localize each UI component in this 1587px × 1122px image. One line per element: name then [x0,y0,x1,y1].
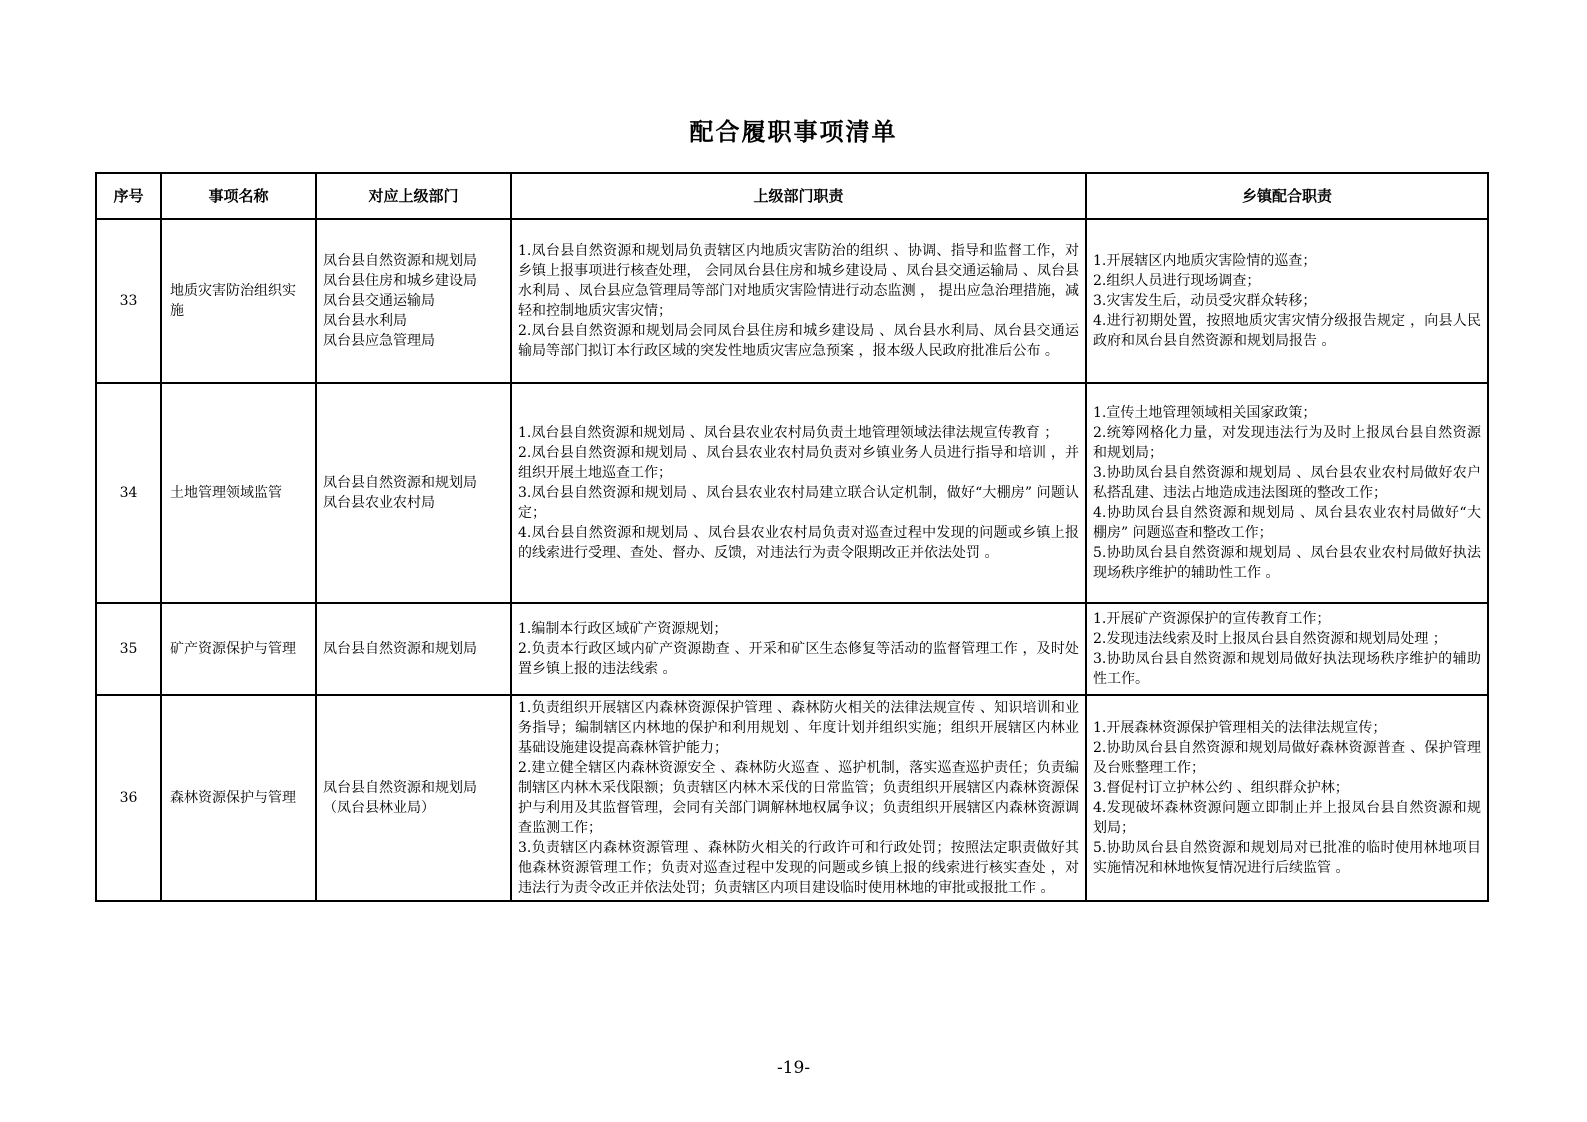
cell-seq: 36 [96,695,161,901]
cell-superior-duties: 1.凤台县自然资源和规划局负责辖区内地质灾害防治的组织 、协调、指导和监督工作，… [511,219,1086,383]
table-row: 35 矿产资源保护与管理 凤台县自然资源和规划局 1.编制本行政区域矿产资源规划… [96,603,1488,695]
document-page: 配合履职事项清单 序号 事项名称 对应上级部门 上级部门职责 乡镇配合职责 33… [0,0,1587,1122]
header-township-duties: 乡镇配合职责 [1086,173,1488,219]
cell-superior-department: 凤台县自然资源和规划局 凤台县农业农村局 [316,383,511,603]
cell-township-duties: 1.开展辖区内地质灾害险情的巡查； 2.组织人员进行现场调查； 3.灾害发生后，… [1086,219,1488,383]
cell-superior-department: 凤台县自然资源和规划局 （凤台县林业局） [316,695,511,901]
cell-superior-department: 凤台县自然资源和规划局 [316,603,511,695]
cell-item-name: 地质灾害防治组织实施 [161,219,316,383]
cell-seq: 35 [96,603,161,695]
cell-township-duties: 1.宣传土地管理领域相关国家政策； 2.统筹网格化力量，对发现违法行为及时上报凤… [1086,383,1488,603]
cell-township-duties: 1.开展森林资源保护管理相关的法律法规宣传； 2.协助凤台县自然资源和规划局做好… [1086,695,1488,901]
header-superior-department: 对应上级部门 [316,173,511,219]
cell-seq: 34 [96,383,161,603]
cell-item-name: 土地管理领域监管 [161,383,316,603]
table-header-row: 序号 事项名称 对应上级部门 上级部门职责 乡镇配合职责 [96,173,1488,219]
table-row: 34 土地管理领域监管 凤台县自然资源和规划局 凤台县农业农村局 1.凤台县自然… [96,383,1488,603]
cell-item-name: 森林资源保护与管理 [161,695,316,901]
page-number: -19- [0,1058,1587,1078]
cell-superior-duties: 1.负责组织开展辖区内森林资源保护管理 、森林防火相关的法律法规宣传 、知识培训… [511,695,1086,901]
cell-superior-duties: 1.凤台县自然资源和规划局 、凤台县农业农村局负责土地管理领域法律法规宣传教育 … [511,383,1086,603]
cell-item-name: 矿产资源保护与管理 [161,603,316,695]
table-row: 33 地质灾害防治组织实施 凤台县自然资源和规划局 凤台县住房和城乡建设局 凤台… [96,219,1488,383]
duty-table: 序号 事项名称 对应上级部门 上级部门职责 乡镇配合职责 33 地质灾害防治组织… [95,172,1489,902]
table-row: 36 森林资源保护与管理 凤台县自然资源和规划局 （凤台县林业局） 1.负责组织… [96,695,1488,901]
cell-seq: 33 [96,219,161,383]
cell-township-duties: 1.开展矿产资源保护的宣传教育工作； 2.发现违法线索及时上报凤台县自然资源和规… [1086,603,1488,695]
header-item-name: 事项名称 [161,173,316,219]
header-seq: 序号 [96,173,161,219]
header-superior-duties: 上级部门职责 [511,173,1086,219]
page-title: 配合履职事项清单 [0,112,1587,147]
cell-superior-department: 凤台县自然资源和规划局 凤台县住房和城乡建设局 凤台县交通运输局 凤台县水利局 … [316,219,511,383]
cell-superior-duties: 1.编制本行政区域矿产资源规划； 2.负责本行政区域内矿产资源勘查 、开采和矿区… [511,603,1086,695]
